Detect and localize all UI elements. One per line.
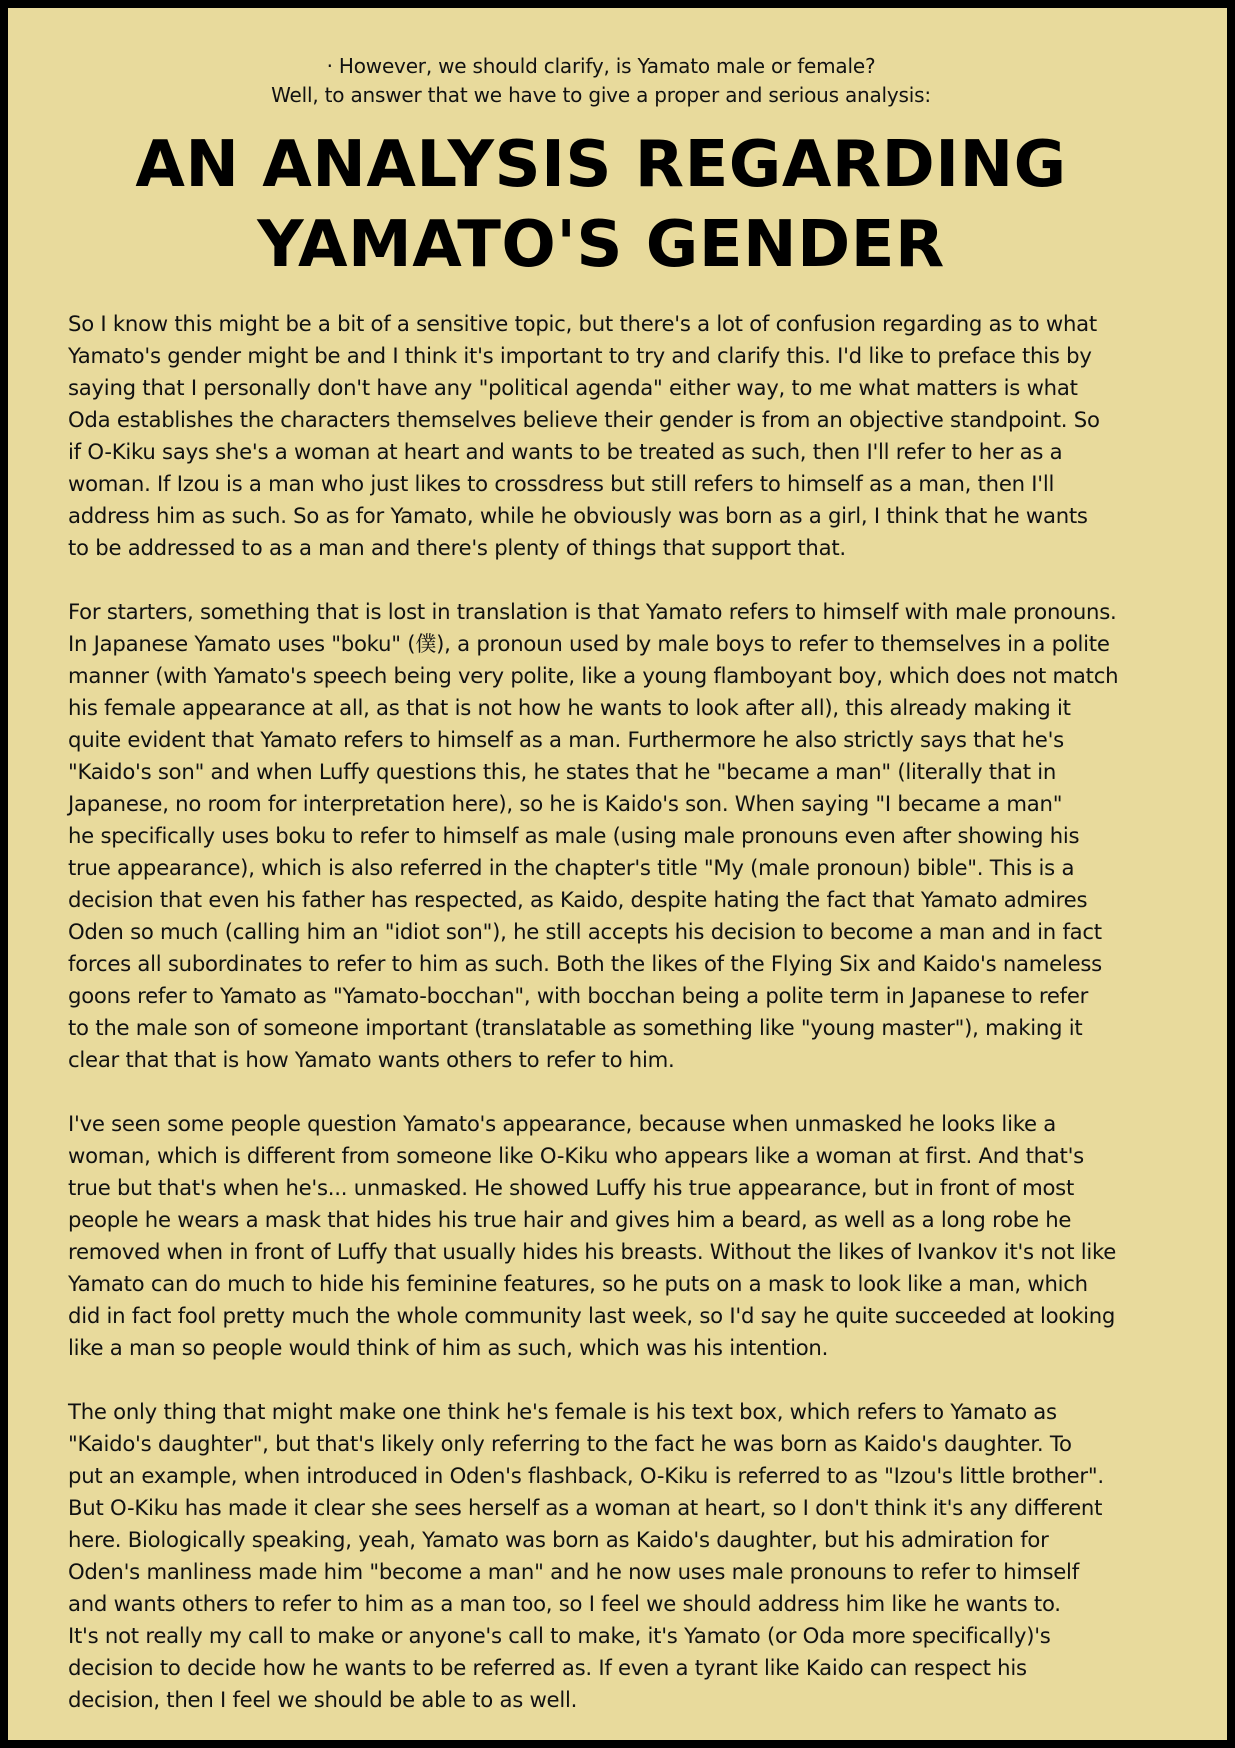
intro-text: · However, we should clarify, is Yamato … — [68, 52, 1134, 110]
paragraph-line: true appearance), which is also referred… — [68, 852, 1218, 884]
paragraph-line: Oden so much (calling him an "idiot son"… — [68, 916, 1218, 948]
paragraph-3: I've seen some people question Yamato's … — [68, 1108, 1218, 1364]
paragraph-line: I've seen some people question Yamato's … — [68, 1108, 1218, 1140]
paragraph-line: saying that I personally don't have any … — [68, 372, 1218, 404]
paragraph-line: In Japanese Yamato uses "boku" (僕), a pr… — [68, 628, 1218, 660]
paragraph-line: Oda establishes the characters themselve… — [68, 404, 1218, 436]
paragraph-line: people he wears a mask that hides his tr… — [68, 1204, 1218, 1236]
paragraph-line: "Kaido's daughter", but that's likely on… — [68, 1428, 1218, 1460]
paragraph-line: his female appearance at all, as that is… — [68, 692, 1218, 724]
paragraph-line: true but that's when he's... unmasked. H… — [68, 1172, 1218, 1204]
paragraph-line: Japanese, no room for interpretation her… — [68, 788, 1218, 820]
paragraph-line: here. Biologically speaking, yeah, Yamat… — [68, 1524, 1218, 1556]
title-line-1: AN ANALYSIS REGARDING — [68, 125, 1134, 205]
paragraph-line: Yamato's gender might be and I think it'… — [68, 340, 1218, 372]
paragraph-line: decision to decide how he wants to be re… — [68, 1652, 1218, 1684]
paragraph-line: clear that that is how Yamato wants othe… — [68, 1044, 1218, 1076]
paragraph-line: Oden's manliness made him "become a man"… — [68, 1556, 1218, 1588]
paragraph-1: So I know this might be a bit of a sensi… — [68, 308, 1218, 564]
paragraph-line: So I know this might be a bit of a sensi… — [68, 308, 1218, 340]
paragraph-line: quite evident that Yamato refers to hims… — [68, 724, 1218, 756]
paragraph-line: like a man so people would think of him … — [68, 1332, 1218, 1364]
paragraph-line: to the male son of someone important (tr… — [68, 1012, 1218, 1044]
intro-line-2: Well, to answer that we have to give a p… — [68, 81, 1134, 110]
paragraph-line: and wants others to refer to him as a ma… — [68, 1588, 1218, 1620]
paragraph-line: "Kaido's son" and when Luffy questions t… — [68, 756, 1218, 788]
paragraph-4: The only thing that might make one think… — [68, 1396, 1218, 1716]
paragraph-2: For starters, something that is lost in … — [68, 596, 1218, 1076]
paragraph-line: address him as such. So as for Yamato, w… — [68, 500, 1218, 532]
title-line-2: YAMATO'S GENDER — [68, 205, 1134, 285]
paragraph-line: removed when in front of Luffy that usua… — [68, 1236, 1218, 1268]
paragraph-line: decision that even his father has respec… — [68, 884, 1218, 916]
paragraph-line: For starters, something that is lost in … — [68, 596, 1218, 628]
paragraph-line: did in fact fool pretty much the whole c… — [68, 1300, 1218, 1332]
paragraph-line: if O-Kiku says she's a woman at heart an… — [68, 436, 1218, 468]
paragraph-line: decision, then I feel we should be able … — [68, 1684, 1218, 1716]
page-title: AN ANALYSIS REGARDING YAMATO'S GENDER — [68, 125, 1134, 285]
paragraph-line: to be addressed to as a man and there's … — [68, 532, 1218, 564]
paragraph-line: put an example, when introduced in Oden'… — [68, 1460, 1218, 1492]
paragraph-line: Yamato can do much to hide his feminine … — [68, 1268, 1218, 1300]
intro-line-1: · However, we should clarify, is Yamato … — [68, 52, 1134, 81]
paragraph-line: The only thing that might make one think… — [68, 1396, 1218, 1428]
paragraph-line: manner (with Yamato's speech being very … — [68, 660, 1218, 692]
paragraph-line: It's not really my call to make or anyon… — [68, 1620, 1218, 1652]
paragraph-line: woman. If Izou is a man who just likes t… — [68, 468, 1218, 500]
document-page: · However, we should clarify, is Yamato … — [8, 8, 1227, 1740]
paragraph-line: woman, which is different from someone l… — [68, 1140, 1218, 1172]
paragraph-line: But O-Kiku has made it clear she sees he… — [68, 1492, 1218, 1524]
paragraph-line: he specifically uses boku to refer to hi… — [68, 820, 1218, 852]
paragraph-line: forces all subordinates to refer to him … — [68, 948, 1218, 980]
article-body: So I know this might be a bit of a sensi… — [68, 308, 1218, 1740]
paragraph-line: goons refer to Yamato as "Yamato-bocchan… — [68, 980, 1218, 1012]
